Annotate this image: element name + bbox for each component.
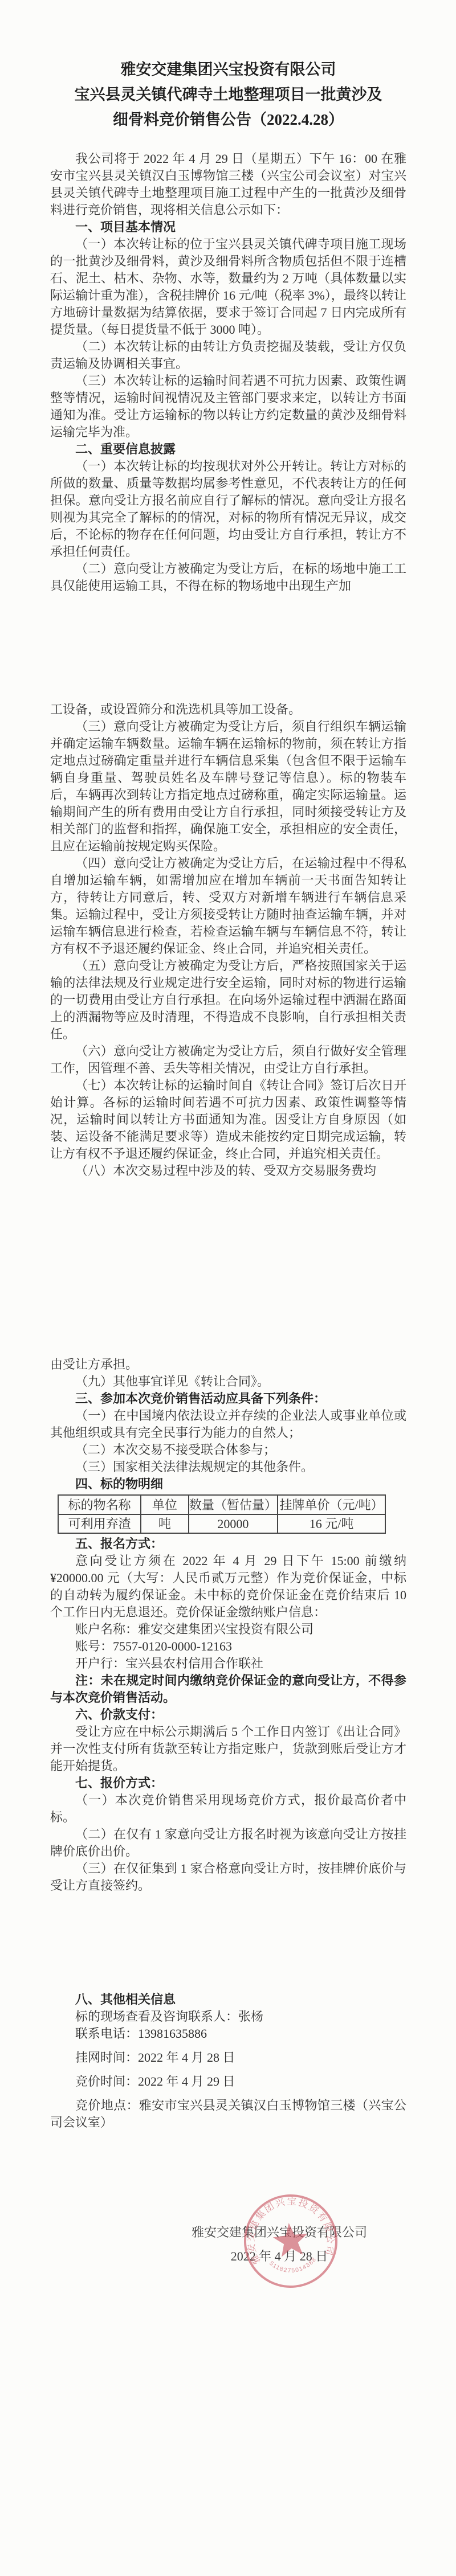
section-2-para-3: （三）意向受让方被确定为受让方后，须自行组织车辆运输并确定运输车辆数量。运输车辆… (50, 718, 406, 855)
table-header-unit: 单位 (141, 1495, 188, 1514)
table-cell-name: 可利用弃渣 (58, 1514, 141, 1533)
title-line-2: 宝兴县灵关镇代碑寺土地整理项目一批黄沙及 (50, 82, 406, 107)
section-4-heading: 四、标的物明细 (50, 1476, 406, 1493)
deposit-account-number: 账号：7557-0120-0000-12163 (50, 1638, 406, 1655)
table-header-price: 挂牌单价（元/吨） (278, 1495, 385, 1514)
page-4: 八、其他相关信息 标的现场查看及咨询联系人：张杨 联系电话：1398163588… (50, 1991, 406, 2390)
section-2-para-8-part2: 由受让方承担。 (50, 1356, 406, 1373)
section-3-para-1: （一）在中国境内依法设立并存续的企业法人或事业单位或其他组织或具有完全民事行为能… (50, 1407, 406, 1441)
section-3-para-2: （二）本次交易不接受联合体参与； (50, 1441, 406, 1459)
table-row: 可利用弃渣 吨 20000 16 元/吨 (58, 1514, 385, 1533)
signature-block: 雅安交建集团兴宝投资有限公司 2022 年 4 月 28 日 (171, 2224, 388, 2265)
page-2: 工设备，或设置筛分和洗选机具等加工设备。 （三）意向受让方被确定为受让方后，须自… (50, 701, 406, 1180)
section-2-para-1: （一）本次转让标的均按现状对外公开转让。转让方对标的所做的数量、质量等数据均属参… (50, 458, 406, 560)
section-2-para-5: （五）意向受让方被确定为受让方后，严格按照国家关于运输的法律法规及行业规定进行安… (50, 957, 406, 1043)
table-cell-unit: 吨 (141, 1514, 188, 1533)
title-line-1: 雅安交建集团兴宝投资有限公司 (50, 57, 406, 82)
contact-person: 标的现场查看及咨询联系人：张杨 (50, 2008, 406, 2025)
intro-paragraph: 我公司将于 2022 年 4 月 29 日（星期五）下午 16：00 在雅安市宝… (50, 150, 406, 219)
table-header-name: 标的物名称 (58, 1495, 141, 1514)
listing-time: 挂网时间：2022 年 4 月 28 日 (50, 2049, 406, 2066)
section-8-heading: 八、其他相关信息 (50, 1991, 406, 2008)
section-1-heading: 一、项目基本情况 (50, 219, 406, 236)
section-6-para-1: 受让方应在中标公示期满后 5 个工作日内签订《出让合同》并一次性支付所有货款至转… (50, 1723, 406, 1775)
section-2-para-2-part2: 工设备，或设置筛分和洗选机具等加工设备。 (50, 701, 406, 718)
contact-phone: 联系电话：13981635886 (50, 2025, 406, 2042)
table-cell-quantity: 20000 (189, 1514, 278, 1533)
deposit-account-name: 账户名称：雅安交建集团兴宝投资有限公司 (50, 1621, 406, 1638)
section-1-para-2: （二）本次转让标的由转让方负责挖掘及装载，受让方仅负责运输及协调相关事宜。 (50, 338, 406, 372)
section-2-para-2-part1: （二）意向受让方被确定为受让方后，在标的场地中施工工具仅能使用运输工具，不得在标… (50, 560, 406, 595)
section-1-para-1: （一）本次转让标的位于宝兴县灵关镇代碑寺项目施工现场的一批黄沙及细骨料，黄沙及细… (50, 236, 406, 338)
subject-matter-table: 标的物名称 单位 数量（暂估量） 挂牌单价（元/吨） 可利用弃渣 吨 20000… (58, 1494, 386, 1534)
section-2-para-8-part1: （八）本次交易过程中涉及的转、受双方交易服务费均 (50, 1162, 406, 1180)
document-title: 雅安交建集团兴宝投资有限公司 宝兴县灵关镇代碑寺土地整理项目一批黄沙及 细骨料竞… (50, 57, 406, 132)
bidding-place: 竞价地点：雅安市宝兴县灵关镇汉白玉博物馆三楼（兴宝公司会议室） (50, 2097, 406, 2131)
deposit-bank: 开户行：宝兴县农村信用合作联社 (50, 1655, 406, 1672)
section-7-para-1: （一）本次竞价销售采用现场竞价方式，报价最高价者中标。 (50, 1792, 406, 1826)
section-7-para-3: （三）在仅征集到 1 家合格意向受让方时，按挂牌价底价与受让方直接签约。 (50, 1860, 406, 1894)
section-3-heading: 三、参加本次竞价销售活动应具备下列条件： (50, 1390, 406, 1407)
page-1: 雅安交建集团兴宝投资有限公司 宝兴县灵关镇代碑寺土地整理项目一批黄沙及 细骨料竞… (50, 57, 406, 595)
table-cell-price: 16 元/吨 (278, 1514, 385, 1533)
title-line-3: 细骨料竞价销售公告（2022.4.28） (50, 107, 406, 132)
page-3: 由受让方承担。 （九）其他事宜详见《转让合同》。 三、参加本次竞价销售活动应具备… (50, 1356, 406, 1894)
section-2-para-4: （四）意向受让方被确定为受让方后，在运输过程中不得私自增加运输车辆，如需增加应在… (50, 855, 406, 957)
section-3-para-3: （三）国家相关法律法规规定的其他条件。 (50, 1459, 406, 1476)
section-5-heading: 五、报名方式： (50, 1535, 406, 1553)
section-5-para-1: 意向受让方须在 2022 年 4 月 29 日下午 15:00 前缴纳 ¥200… (50, 1553, 406, 1621)
scanned-document: 雅安交建集团兴宝投资有限公司 宝兴县灵关镇代碑寺土地整理项目一批黄沙及 细骨料竞… (0, 0, 456, 2576)
signature-date: 2022 年 4 月 28 日 (171, 2248, 388, 2265)
section-6-heading: 六、价款支付： (50, 1706, 406, 1723)
table-header-quantity: 数量（暂估量） (189, 1495, 278, 1514)
section-7-heading: 七、报价方式： (50, 1775, 406, 1792)
section-2-para-7: （七）本次转让标的运输时间自《转让合同》签订后次日开始计算。各标的运输时间若遇不… (50, 1077, 406, 1162)
section-1-para-3: （三）本次转让标的运输时间若遇不可抗力因素、政策性调整等情况，运输时间视情况及主… (50, 372, 406, 441)
section-2-para-6: （六）意向受让方被确定为受让方后，须自行做好安全管理工作，因管理不善、丢失等相关… (50, 1043, 406, 1077)
section-2-heading: 二、重要信息披露 (50, 441, 406, 458)
bidding-time: 竞价时间：2022 年 4 月 29 日 (50, 2073, 406, 2090)
signature-company: 雅安交建集团兴宝投资有限公司 (171, 2224, 388, 2241)
section-7-para-2: （二）在仅有 1 家意向受让方报名时视为该意向受让方按挂牌价底价出价。 (50, 1826, 406, 1860)
table-header-row: 标的物名称 单位 数量（暂估量） 挂牌单价（元/吨） (58, 1495, 385, 1514)
section-2-para-9: （九）其他事宜详见《转让合同》。 (50, 1373, 406, 1390)
deposit-note: 注：未在规定时间内缴纳竞价保证金的意向受让方，不得参与本次竞价销售活动。 (50, 1672, 406, 1706)
